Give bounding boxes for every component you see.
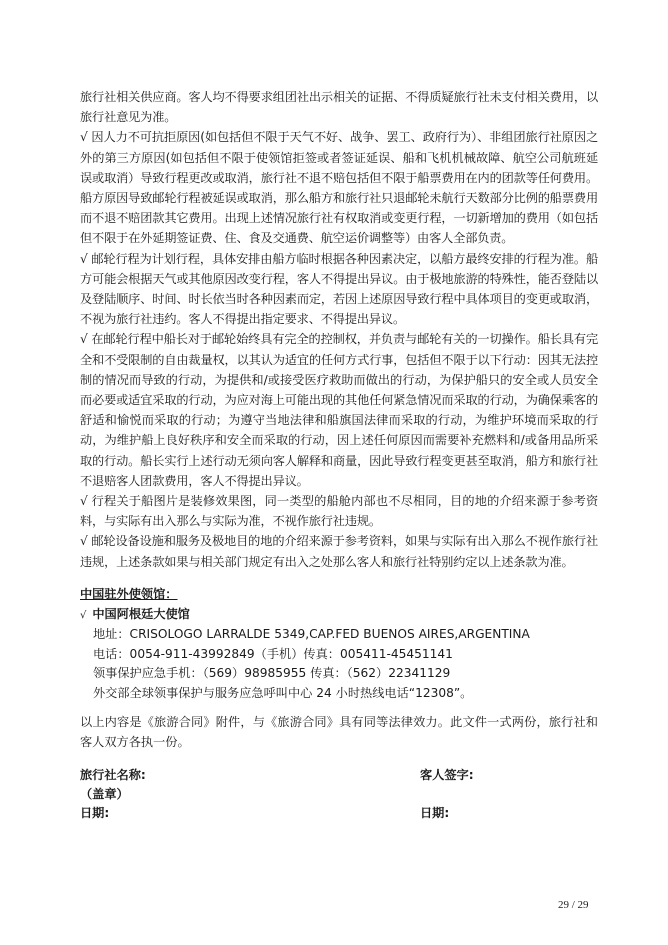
- embassy-emergency: 领事保护应急手机：（569）98985955 传真：（562）22341129: [80, 664, 598, 684]
- embassy-name-row: √中国阿根廷大使馆: [80, 605, 598, 626]
- seal-label: （盖章）: [80, 785, 129, 805]
- closing-statement: 以上内容是《旅游合同》附件，与《旅游合同》具有同等法律效力。此文件一式两份，旅行…: [80, 712, 598, 752]
- agency-date-label: 日期:: [80, 804, 109, 824]
- check-mark-icon: √: [80, 610, 86, 621]
- agency-name-label: 旅行社名称:: [80, 766, 146, 786]
- customer-sign-label: 客人签字:: [420, 766, 474, 786]
- embassy-phone: 电话：0054-911-43992849（手机）传真：005411-454511…: [80, 645, 598, 665]
- embassy-section: 中国驻外使领馆： √中国阿根廷大使馆 地址：CRISOLOGO LARRALDE…: [80, 585, 598, 704]
- paragraph-force-majeure: √ 因人力不可抗拒原因(如包括但不限于天气不好、战争、罢工、政府行为）、非组团旅…: [80, 127, 598, 248]
- embassy-hotline: 外交部全球领事保护与服务应急呼叫中心 24 小时热线电话“12308”。: [80, 684, 598, 704]
- paragraph-captain-authority: √ 在邮轮行程中船长对于邮轮始终具有完全的控制权，并负责与邮轮有关的一切操作。船…: [80, 329, 598, 491]
- terms-body: 旅行社相关供应商。客人均不得要求组团社出示相关的证据、不得质疑旅行社未支付相关费…: [80, 87, 598, 572]
- embassy-address: 地址：CRISOLOGO LARRALDE 5349,CAP.FED BUENO…: [80, 625, 598, 645]
- paragraph-ship-images: √ 行程关于船图片是装修效果图，同一类型的船舱内部也不尽相同，目的地的介绍来源于…: [80, 491, 598, 531]
- paragraph-facilities: √ 邮轮设备设施和服务及极地目的地的介绍来源于参考资料，如果与实际有出入那么不视…: [80, 531, 598, 571]
- page-number: 29 / 29: [558, 899, 589, 911]
- paragraph-itinerary-plan: √ 邮轮行程为计划行程，具体安排由船方临时根据各种因素决定，以船方最终安排的行程…: [80, 249, 598, 330]
- document-page: 旅行社相关供应商。客人均不得要求组团社出示相关的证据、不得质疑旅行社未支付相关费…: [0, 0, 668, 945]
- embassy-name: 中国阿根廷大使馆: [92, 607, 190, 621]
- paragraph-supplier-clause: 旅行社相关供应商。客人均不得要求组团社出示相关的证据、不得质疑旅行社未支付相关费…: [80, 87, 598, 127]
- customer-date-label: 日期:: [420, 804, 449, 824]
- embassy-heading: 中国驻外使领馆：: [80, 585, 188, 605]
